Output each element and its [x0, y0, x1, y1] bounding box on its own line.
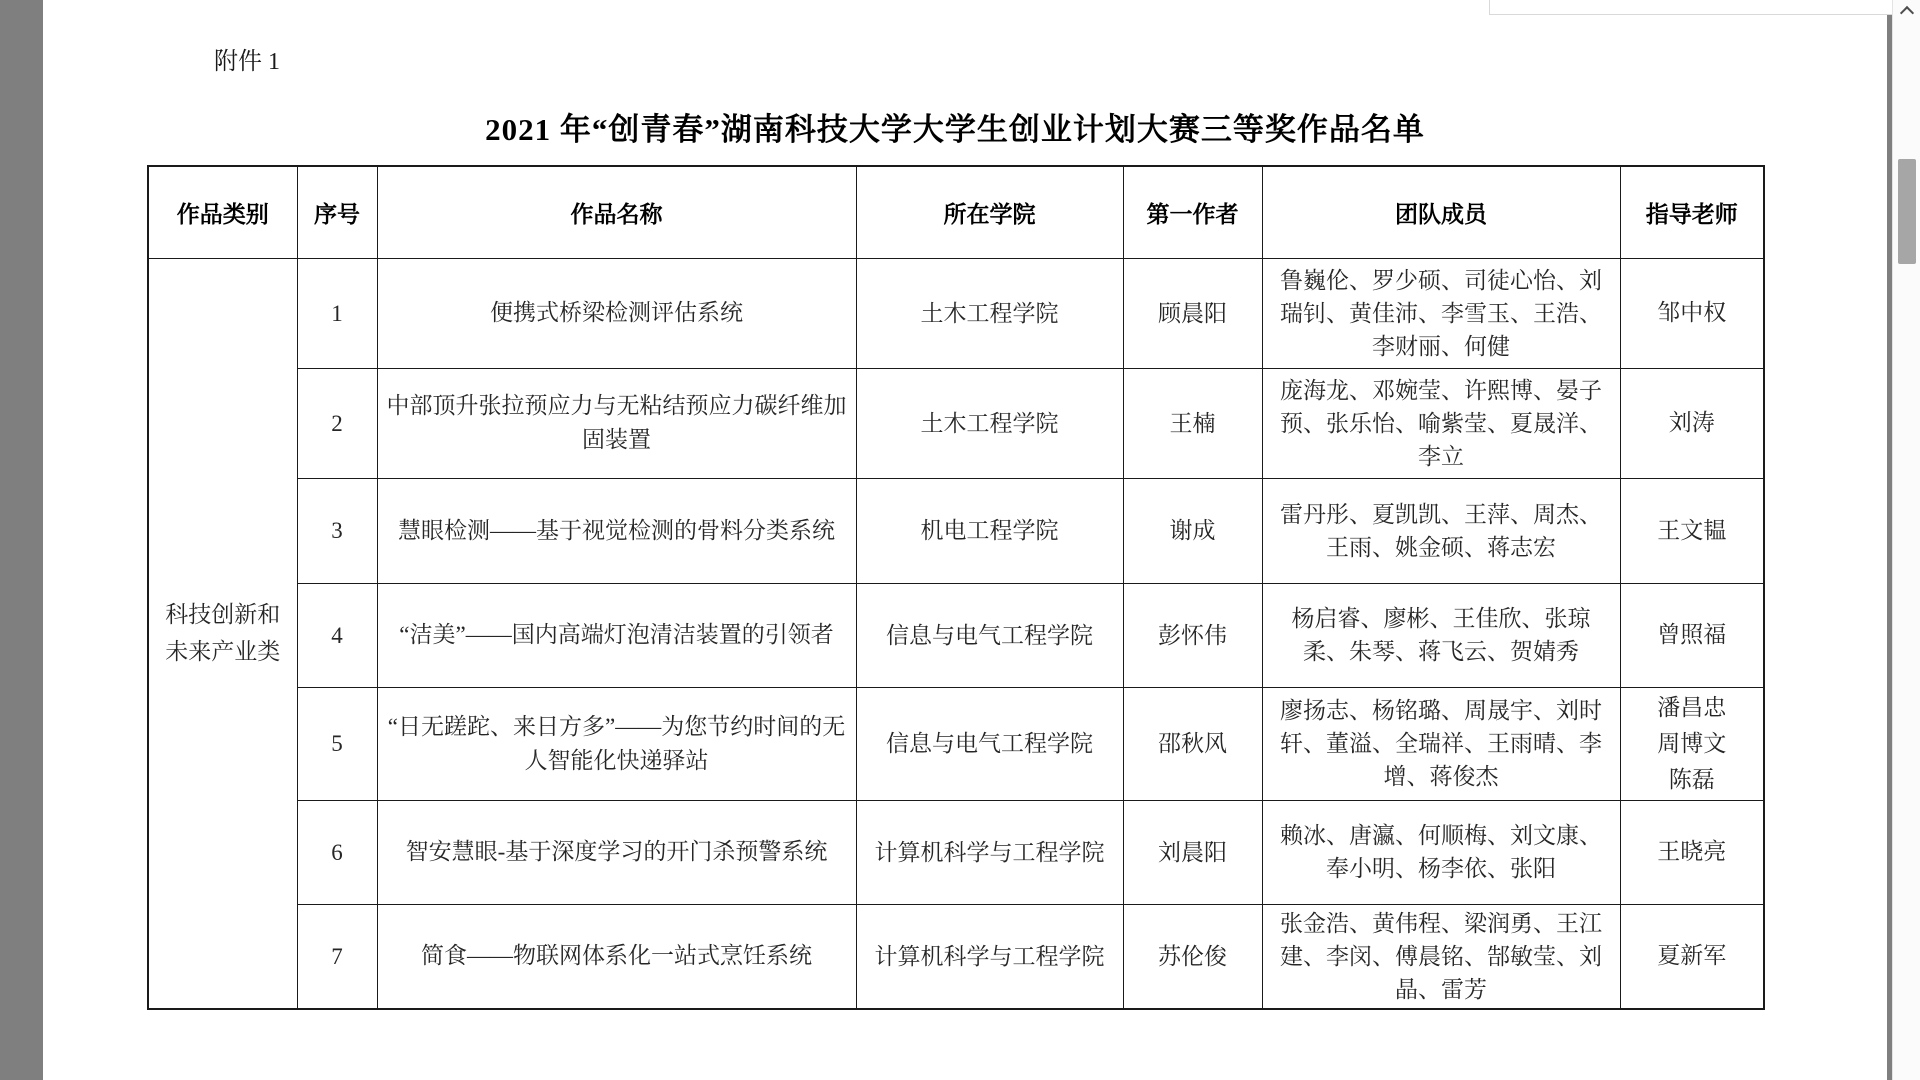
table-header-row: 作品类别 序号 作品名称 所在学院 第一作者 团队成员 指导老师	[148, 166, 1764, 258]
team-members-cell: 张金浩、黄伟程、梁润勇、王江建、李闵、傅晨铭、郜敏莹、刘晶、雷芳	[1262, 904, 1620, 1009]
college-cell: 土木工程学院	[856, 368, 1123, 478]
first-author-cell: 刘晨阳	[1123, 800, 1262, 904]
scrollbar-thumb[interactable]	[1898, 159, 1916, 264]
category-cell: 科技创新和 未来产业类	[148, 258, 297, 1009]
col-header-team-members: 团队成员	[1262, 166, 1620, 258]
work-name-cell: 慧眼检测——基于视觉检测的骨料分类系统	[377, 478, 856, 583]
team-members-cell: 庞海龙、邓婉莹、许熙博、晏子预、张乐怡、喻紫莹、夏晟洋、李立	[1262, 368, 1620, 478]
number-cell: 2	[297, 368, 377, 478]
table-row: 3 慧眼检测——基于视觉检测的骨料分类系统 机电工程学院 谢成 雷丹彤、夏凯凯、…	[148, 478, 1764, 583]
number-cell: 7	[297, 904, 377, 1009]
team-members-cell: 赖冰、唐瀛、何顺梅、刘文康、奉小明、杨李依、张阳	[1262, 800, 1620, 904]
table-row: 4 “洁美”——国内高端灯泡清洁装置的引领者 信息与电气工程学院 彭怀伟 杨启睿…	[148, 583, 1764, 687]
advisor-cell: 刘涛	[1620, 368, 1764, 478]
advisor-cell: 王晓亮	[1620, 800, 1764, 904]
work-name-cell: 便携式桥梁检测评估系统	[377, 258, 856, 368]
college-cell: 计算机科学与工程学院	[856, 800, 1123, 904]
attachment-label: 附件 1	[214, 46, 280, 78]
page-title: 2021 年“创青春”湖南科技大学大学生创业计划大赛三等奖作品名单	[147, 104, 1763, 149]
col-header-work-name: 作品名称	[377, 166, 856, 258]
advisor-cell: 王文韫	[1620, 478, 1764, 583]
col-header-first-author: 第一作者	[1123, 166, 1262, 258]
team-members-cell: 鲁巍伦、罗少硕、司徒心怡、刘瑞钊、黄佳沛、李雪玉、王浩、李财丽、何健	[1262, 258, 1620, 368]
number-cell: 5	[297, 687, 377, 800]
col-header-number: 序号	[297, 166, 377, 258]
advisor-cell: 夏新军	[1620, 904, 1764, 1009]
team-members-cell: 廖扬志、杨铭璐、周晟宇、刘时轩、董溢、全瑞祥、王雨晴、李增、蒋俊杰	[1262, 687, 1620, 800]
scrollbar[interactable]	[1892, 0, 1920, 1080]
first-author-cell: 彭怀伟	[1123, 583, 1262, 687]
advisor-cell: 潘昌忠 周博文 陈磊	[1620, 687, 1764, 800]
number-cell: 1	[297, 258, 377, 368]
work-name-cell: 中部顶升张拉预应力与无粘结预应力碳纤维加固装置	[377, 368, 856, 478]
first-author-cell: 顾晨阳	[1123, 258, 1262, 368]
team-members-cell: 雷丹彤、夏凯凯、王萍、周杰、王雨、姚金硕、蒋志宏	[1262, 478, 1620, 583]
work-name-cell: 智安慧眼-基于深度学习的开门杀预警系统	[377, 800, 856, 904]
table-row: 6 智安慧眼-基于深度学习的开门杀预警系统 计算机科学与工程学院 刘晨阳 赖冰、…	[148, 800, 1764, 904]
college-cell: 信息与电气工程学院	[856, 583, 1123, 687]
advisor-cell: 邹中权	[1620, 258, 1764, 368]
work-name-cell: “洁美”——国内高端灯泡清洁装置的引领者	[377, 583, 856, 687]
first-author-cell: 苏伦俊	[1123, 904, 1262, 1009]
work-name-cell: “日无蹉跎、来日方多”——为您节约时间的无人智能化快递驿站	[377, 687, 856, 800]
college-cell: 土木工程学院	[856, 258, 1123, 368]
first-author-cell: 邵秋风	[1123, 687, 1262, 800]
col-header-category: 作品类别	[148, 166, 297, 258]
college-cell: 信息与电气工程学院	[856, 687, 1123, 800]
advisor-cell: 曾照福	[1620, 583, 1764, 687]
number-cell: 6	[297, 800, 377, 904]
scroll-up-icon[interactable]	[1900, 6, 1914, 20]
col-header-college: 所在学院	[856, 166, 1123, 258]
first-author-cell: 王楠	[1123, 368, 1262, 478]
col-header-advisor: 指导老师	[1620, 166, 1764, 258]
table-row: 7 简食——物联网体系化一站式烹饪系统 计算机科学与工程学院 苏伦俊 张金浩、黄…	[148, 904, 1764, 1009]
table-row: 5 “日无蹉跎、来日方多”——为您节约时间的无人智能化快递驿站 信息与电气工程学…	[148, 687, 1764, 800]
number-cell: 3	[297, 478, 377, 583]
work-name-cell: 简食——物联网体系化一站式烹饪系统	[377, 904, 856, 1009]
table-row: 科技创新和 未来产业类 1 便携式桥梁检测评估系统 土木工程学院 顾晨阳 鲁巍伦…	[148, 258, 1764, 368]
number-cell: 4	[297, 583, 377, 687]
table-row: 2 中部顶升张拉预应力与无粘结预应力碳纤维加固装置 土木工程学院 王楠 庞海龙、…	[148, 368, 1764, 478]
toolbar-edge-panel	[1489, 0, 1893, 15]
college-cell: 计算机科学与工程学院	[856, 904, 1123, 1009]
awards-table: 作品类别 序号 作品名称 所在学院 第一作者 团队成员 指导老师 科技创新和 未…	[147, 165, 1765, 1010]
first-author-cell: 谢成	[1123, 478, 1262, 583]
document-page: 附件 1 2021 年“创青春”湖南科技大学大学生创业计划大赛三等奖作品名单 作…	[43, 0, 1887, 1080]
team-members-cell: 杨启睿、廖彬、王佳欣、张琼柔、朱琴、蒋飞云、贺婧秀	[1262, 583, 1620, 687]
college-cell: 机电工程学院	[856, 478, 1123, 583]
